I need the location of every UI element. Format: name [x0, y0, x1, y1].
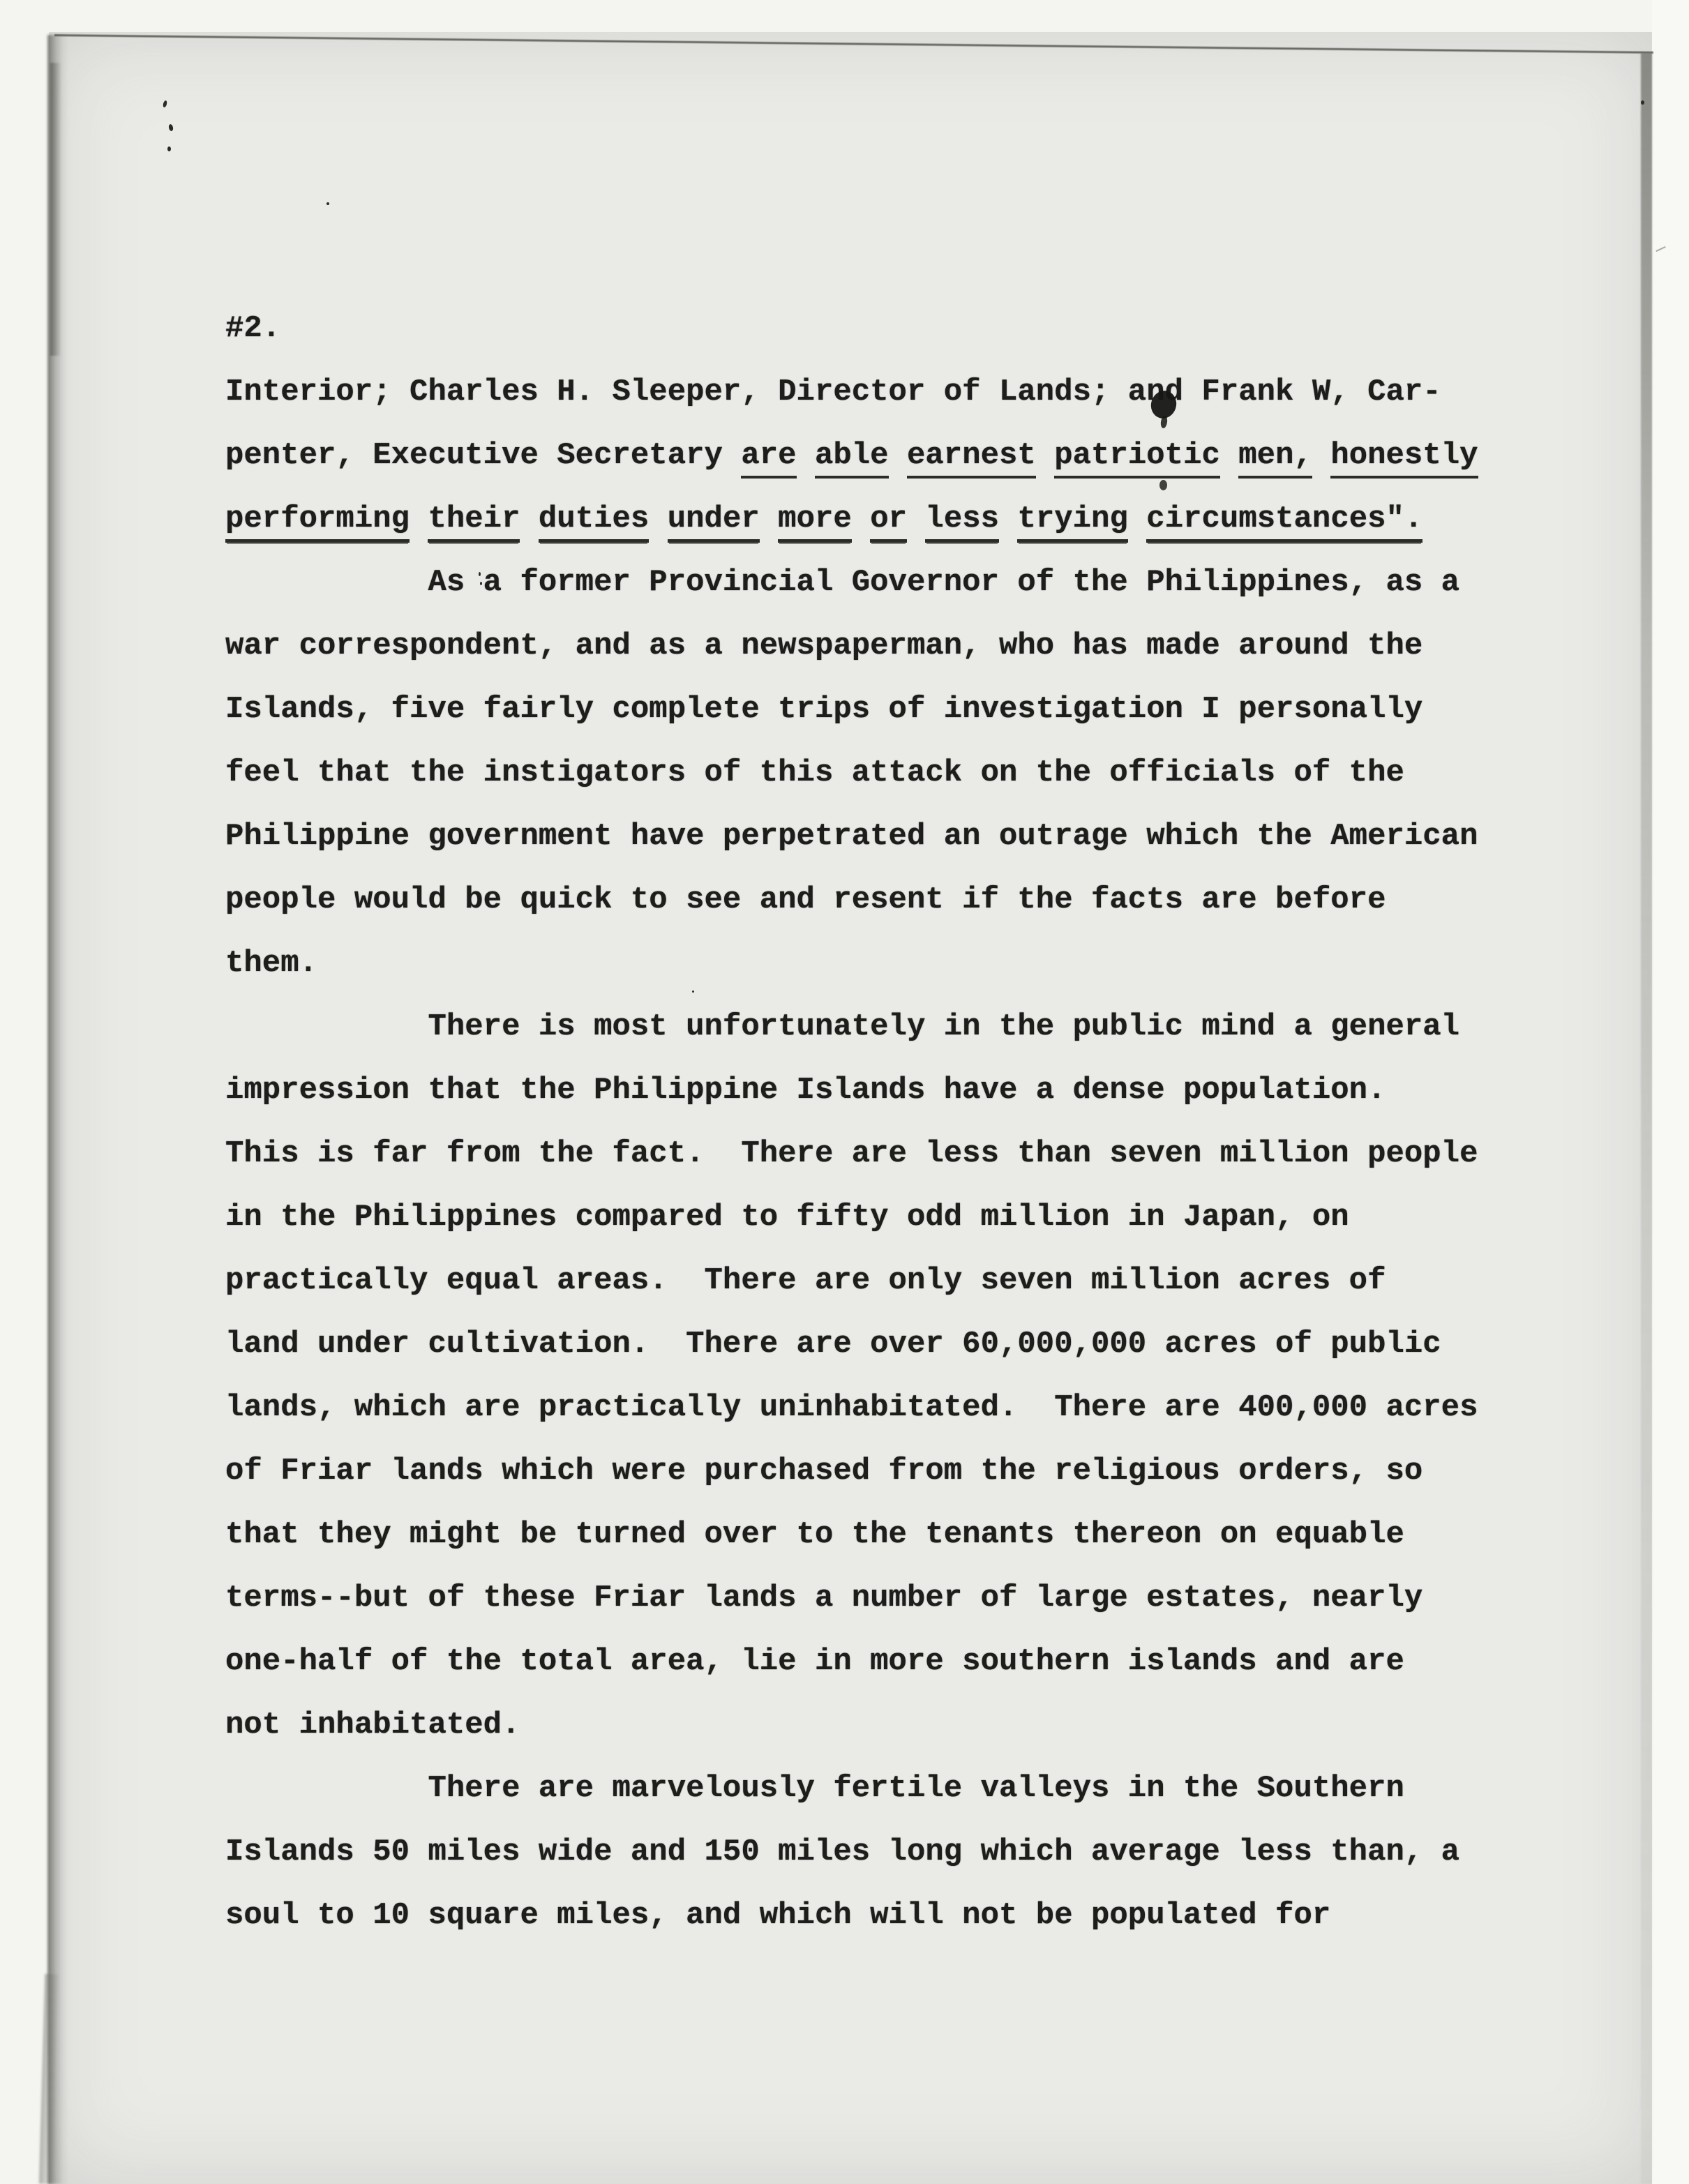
- text-segment: Islands, five fairly complete trips of i…: [225, 692, 1422, 727]
- ink-speck: [479, 572, 481, 576]
- ink-speck: [692, 991, 694, 993]
- ink-speck: [1641, 100, 1644, 105]
- text-line: #2.: [225, 297, 1478, 361]
- underlined-word: less: [925, 502, 999, 543]
- text-line: one-half of the total area, lie in more …: [225, 1630, 1478, 1694]
- text-segment: There is most unfortunately in the publi…: [225, 1009, 1459, 1044]
- text-line: people would be quick to see and resent …: [225, 868, 1478, 932]
- text-line: Islands, five fairly complete trips of i…: [225, 678, 1478, 741]
- underlined-word: are: [741, 438, 796, 479]
- text-segment: in the Philippines compared to fifty odd…: [225, 1200, 1349, 1235]
- text-line: not inhabitated.: [225, 1694, 1478, 1757]
- text-line: war correspondent, and as a newspaperman…: [225, 615, 1478, 678]
- text-segment: [1036, 438, 1054, 473]
- text-segment: Philippine government have perpetrated a…: [225, 819, 1478, 854]
- text-line: As a former Provincial Governor of the P…: [225, 551, 1478, 615]
- text-segment: soul to 10 square miles, and which will …: [225, 1898, 1330, 1933]
- text-segment: [649, 502, 667, 536]
- text-segment: [1220, 438, 1238, 473]
- ink-speck: [480, 582, 482, 585]
- text-segment: one-half of the total area, lie in more …: [225, 1644, 1404, 1679]
- ink-speck: [167, 146, 171, 151]
- underlined-word: trying: [1017, 502, 1127, 543]
- underlined-word: earnest: [907, 438, 1036, 479]
- text-line: soul to 10 square miles, and which will …: [225, 1884, 1478, 1948]
- text-segment: [852, 502, 870, 536]
- text-line: performing their duties under more or le…: [225, 488, 1478, 551]
- scanned-document-page: #2.Interior; Charles H. Sleeper, Directo…: [0, 0, 1689, 2184]
- text-segment: that they might be turned over to the te…: [225, 1517, 1404, 1552]
- scanner-background-strip: [1652, 0, 1689, 2184]
- text-segment: penter, Executive Secretary: [225, 438, 741, 473]
- text-segment: #2.: [225, 311, 280, 346]
- text-line: practically equal areas. There are only …: [225, 1249, 1478, 1313]
- text-line: lands, which are practically uninhabitat…: [225, 1376, 1478, 1440]
- paper-left-edge-shadow-core: [50, 63, 61, 356]
- text-line: of Friar lands which were purchased from…: [225, 1440, 1478, 1503]
- underlined-word: patriotic: [1054, 438, 1220, 479]
- text-segment: [1128, 502, 1146, 536]
- underlined-word: able: [815, 438, 889, 479]
- text-line: There is most unfortunately in the publi…: [225, 995, 1478, 1059]
- paper-right-edge-shadow: [1641, 53, 1652, 2184]
- text-line: in the Philippines compared to fifty odd…: [225, 1186, 1478, 1249]
- text-segment: [410, 502, 428, 536]
- text-line: terms--but of these Friar lands a number…: [225, 1567, 1478, 1630]
- typewritten-text: #2.Interior; Charles H. Sleeper, Directo…: [225, 297, 1478, 1948]
- text-segment: them.: [225, 946, 317, 981]
- text-line: Philippine government have perpetrated a…: [225, 805, 1478, 868]
- text-segment: [889, 438, 907, 473]
- text-line: them.: [225, 932, 1478, 995]
- text-segment: Interior; Charles H. Sleeper, Director o…: [225, 375, 1441, 409]
- text-line: penter, Executive Secretary are able ear…: [225, 424, 1478, 488]
- text-line: that they might be turned over to the te…: [225, 1503, 1478, 1567]
- text-line: Interior; Charles H. Sleeper, Director o…: [225, 361, 1478, 424]
- text-segment: [907, 502, 925, 536]
- text-line: There are marvelously fertile valleys in…: [225, 1757, 1478, 1821]
- text-segment: [999, 502, 1017, 536]
- text-line: Islands 50 miles wide and 150 miles long…: [225, 1821, 1478, 1884]
- text-segment: people would be quick to see and resent …: [225, 882, 1386, 917]
- text-segment: of Friar lands which were purchased from…: [225, 1454, 1422, 1489]
- underlined-word: performing: [225, 502, 410, 543]
- text-segment: [520, 502, 538, 536]
- text-segment: feel that the instigators of this attack…: [225, 755, 1404, 790]
- ink-speck: [326, 202, 329, 205]
- text-segment: war correspondent, and as a newspaperman…: [225, 628, 1422, 663]
- underlined-word: or: [870, 502, 907, 543]
- text-segment: This is far from the fact. There are les…: [225, 1136, 1478, 1171]
- stray-character-below-patriotic: [1159, 480, 1167, 490]
- text-segment: As a former Provincial Governor of the P…: [225, 565, 1459, 600]
- text-segment: lands, which are practically uninhabitat…: [225, 1390, 1478, 1425]
- text-segment: practically equal areas. There are only …: [225, 1263, 1386, 1298]
- text-segment: [1312, 438, 1330, 473]
- text-segment: terms--but of these Friar lands a number…: [225, 1581, 1422, 1616]
- text-segment: not inhabitated.: [225, 1708, 520, 1742]
- text-segment: [797, 438, 815, 473]
- text-line: feel that the instigators of this attack…: [225, 741, 1478, 805]
- underlined-word: men,: [1238, 438, 1312, 479]
- underlined-word: more: [778, 502, 852, 543]
- underlined-word: circumstances".: [1146, 502, 1422, 543]
- paper-left-edge-shadow: [47, 35, 68, 2184]
- text-line: impression that the Philippine Islands h…: [225, 1059, 1478, 1122]
- text-segment: impression that the Philippine Islands h…: [225, 1073, 1386, 1108]
- text-segment: land under cultivation. There are over 6…: [225, 1327, 1441, 1362]
- text-segment: There are marvelously fertile valleys in…: [225, 1771, 1404, 1806]
- underlined-word: honestly: [1330, 438, 1478, 479]
- text-line: land under cultivation. There are over 6…: [225, 1313, 1478, 1376]
- underlined-word: duties: [539, 502, 649, 543]
- text-line: This is far from the fact. There are les…: [225, 1122, 1478, 1186]
- text-segment: Islands 50 miles wide and 150 miles long…: [225, 1835, 1459, 1869]
- underlined-word: under: [668, 502, 760, 543]
- text-segment: [760, 502, 778, 536]
- underlined-word: their: [428, 502, 520, 543]
